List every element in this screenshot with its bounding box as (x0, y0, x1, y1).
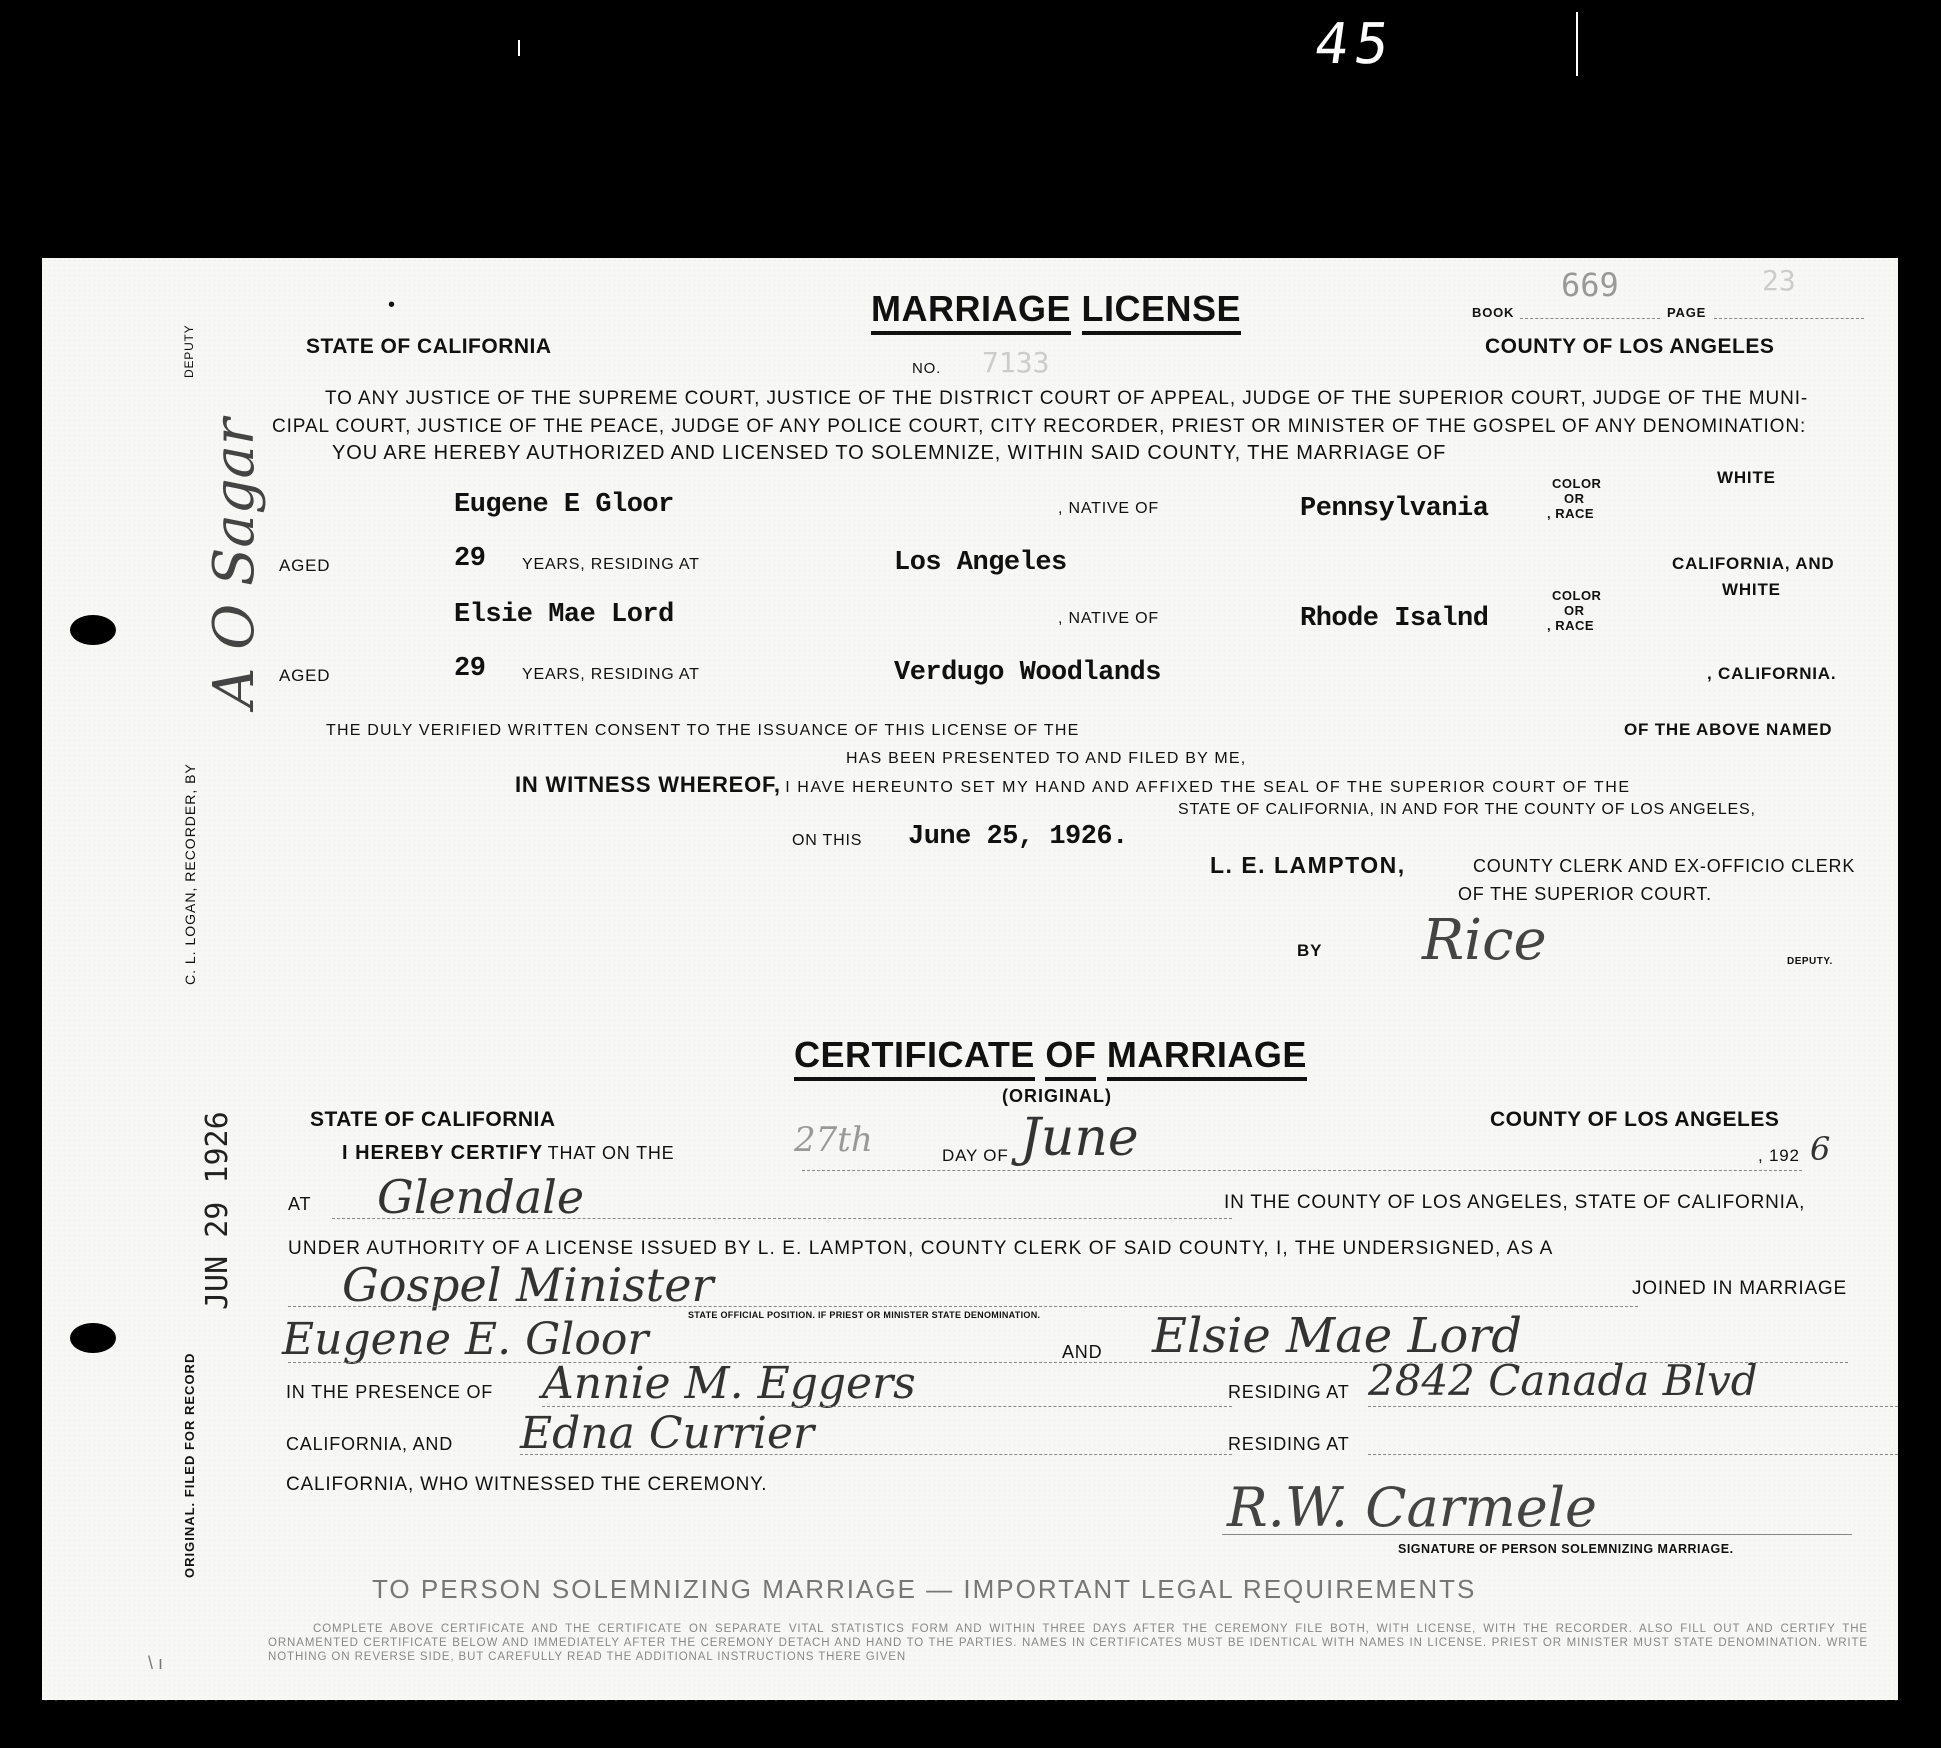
license-state: STATE OF CALIFORNIA (306, 335, 552, 359)
license-title-word: LICENSE (1082, 288, 1242, 335)
bride-aged-label: AGED (279, 666, 330, 686)
clerk-title-2: OF THE SUPERIOR COURT. (1458, 884, 1712, 905)
recorder-label: C. L. LOGAN, RECORDER, BY (182, 763, 198, 985)
official-position: Gospel Minister (342, 1258, 714, 1312)
witness-2-name: Edna Currier (520, 1408, 814, 1459)
punch-hole (70, 615, 116, 645)
certificate-title-word: MARRIAGE (1107, 1034, 1307, 1081)
license-county: COUNTY OF LOS ANGELES (1485, 335, 1774, 359)
filed-for-record-label: ORIGINAL. FILED FOR RECORD (182, 1353, 197, 1578)
punch-hole (70, 1323, 116, 1353)
book-label: BOOK (1472, 305, 1514, 320)
place-line (332, 1218, 1232, 1219)
certify-line: I HEREBY CERTIFY THAT ON THE (342, 1142, 674, 1165)
bride-color: WHITE (1722, 580, 1781, 600)
ceremony-day: 27th (794, 1120, 873, 1160)
groom-native-label: , NATIVE OF (1058, 500, 1159, 518)
certificate-subtitle: (ORIGINAL) (1002, 1086, 1112, 1107)
groom-age: 29 (454, 544, 485, 574)
bride-color-label-3: , RACE (1547, 618, 1594, 633)
marriage-license-document: C. L. LOGAN, RECORDER, BY A O Sagar DEPU… (42, 258, 1898, 1700)
clerk-name: L. E. LAMPTON, (1210, 852, 1406, 879)
year-prefix: , 192 (1758, 1146, 1800, 1166)
position-line (288, 1306, 1638, 1307)
day-of-label: DAY OF (942, 1146, 1009, 1166)
bride-color-label-2: OR (1564, 603, 1585, 618)
groom-color-label-2: OR (1564, 491, 1585, 506)
consent-line-2: HAS BEEN PRESENTED TO AND FILED BY ME, (846, 750, 1246, 768)
groom-name: Eugene E Gloor (454, 490, 674, 520)
closing-line: CALIFORNIA, WHO WITNESSED THE CEREMONY. (286, 1474, 767, 1496)
groom-native-of: Pennsylvania (1300, 494, 1488, 524)
groom-color-label-3: , RACE (1547, 506, 1594, 521)
bride-residence: Verdugo Woodlands (894, 658, 1161, 688)
date-line (802, 1170, 1802, 1171)
witness-2-address-line (1368, 1454, 1898, 1455)
page-label: PAGE (1667, 305, 1706, 320)
certificate-title-word: CERTIFICATE (794, 1034, 1035, 1081)
presence-label: IN THE PRESENCE OF (286, 1382, 493, 1403)
license-title: MARRIAGE LICENSE (871, 288, 1241, 330)
groom-aged-label: AGED (279, 556, 330, 576)
requirements-title: TO PERSON SOLEMNIZING MARRIAGE — IMPORTA… (372, 1574, 1476, 1605)
witness-1-residing-label: RESIDING AT (1228, 1382, 1350, 1403)
margin-deputy-label: DEPUTY (182, 325, 196, 378)
witness-whereof-rest: I HAVE HEREUNTO SET MY HAND AND AFFIXED … (785, 779, 1630, 796)
officiant-signature: R.W. Carmele (1227, 1476, 1597, 1539)
witness-2-line (520, 1454, 1232, 1455)
ceremony-place: Glendale (377, 1170, 584, 1224)
bride-age: 29 (454, 654, 485, 684)
license-no-value: 7133 (982, 346, 1049, 379)
certify-rest: THAT ON THE (548, 1143, 675, 1163)
frame-tick (1576, 12, 1578, 76)
certificate-county: COUNTY OF LOS ANGELES (1490, 1108, 1779, 1132)
bride-state-suffix: , CALIFORNIA. (1707, 664, 1836, 684)
deputy-signature: Rice (1422, 908, 1547, 973)
and-label: AND (1062, 1342, 1102, 1363)
authority-line: UNDER AUTHORITY OF A LICENSE ISSUED BY L… (288, 1238, 1553, 1260)
book-value: 669 (1561, 266, 1619, 304)
by-label: BY (1297, 941, 1322, 961)
consent-line-1: THE DULY VERIFIED WRITTEN CONSENT TO THE… (326, 722, 1079, 740)
frame-tick (518, 40, 520, 56)
address-line-3: YOU ARE HEREBY AUTHORIZED AND LICENSED T… (332, 442, 1446, 465)
stray-mark: \ ı (148, 1653, 163, 1674)
certificate-title: CERTIFICATE OF MARRIAGE (794, 1034, 1307, 1076)
certify-bold: I HEREBY CERTIFY (342, 1142, 543, 1164)
witness-1-address: 2842 Canada Blvd (1368, 1356, 1758, 1405)
address-line-1: TO ANY JUSTICE OF THE SUPREME COURT, JUS… (325, 388, 1808, 410)
recorder-text: C. L. LOGAN, RECORDER, BY (182, 763, 198, 985)
place-suffix: IN THE COUNTY OF LOS ANGELES, STATE OF C… (1224, 1192, 1805, 1214)
filed-date-stamp: JUN 29 1926 (200, 1111, 235, 1310)
groom-residence: Los Angeles (894, 548, 1067, 578)
recorder-signature: A O Sagar (202, 418, 267, 708)
year-suffix: 6 (1810, 1130, 1830, 1168)
ceremony-month: June (1020, 1108, 1139, 1168)
bride-native-of: Rhode Isalnd (1300, 604, 1488, 634)
witness-whereof-bold: IN WITNESS WHEREOF, (515, 772, 781, 797)
witness-line-2: STATE OF CALIFORNIA, IN AND FOR THE COUN… (1178, 801, 1756, 819)
license-no-label: NO. (912, 360, 941, 377)
bride-color-label-1: COLOR (1552, 588, 1601, 603)
clerk-title-1: COUNTY CLERK AND EX-OFFICIO CLERK (1473, 856, 1855, 877)
certificate-title-word: OF (1045, 1034, 1096, 1081)
witness-1-name: Annie M. Eggers (542, 1358, 916, 1409)
at-label: AT (288, 1194, 311, 1215)
bride-name: Elsie Mae Lord (454, 600, 674, 630)
bride-native-label: , NATIVE OF (1058, 610, 1159, 628)
witness-2-residing-label: RESIDING AT (1228, 1434, 1350, 1455)
license-date: June 25, 1926. (908, 822, 1128, 852)
groom-color: WHITE (1717, 468, 1776, 488)
deputy-label: DEPUTY. (1787, 956, 1833, 967)
page-line (1714, 318, 1864, 319)
signature-line (1222, 1534, 1852, 1535)
book-line (1520, 318, 1660, 319)
witness-1-line (542, 1406, 1232, 1407)
license-title-word: MARRIAGE (871, 288, 1071, 335)
groom-state-suffix: CALIFORNIA, AND (1672, 554, 1834, 574)
position-hint: STATE OFFICIAL POSITION. IF PRIEST OR MI… (688, 1310, 1040, 1320)
requirements-body: COMPLETE ABOVE CERTIFICATE AND THE CERTI… (268, 1622, 1868, 1664)
on-this-label: ON THIS (792, 832, 862, 850)
witness-1-address-line (1368, 1406, 1898, 1407)
certificate-state: STATE OF CALIFORNIA (310, 1108, 556, 1132)
groom-residing-label: YEARS, RESIDING AT (522, 556, 700, 574)
dot-mark: • (388, 294, 395, 317)
groom-color-label-1: COLOR (1552, 476, 1601, 491)
consent-line-1-end: OF THE ABOVE NAMED (1624, 720, 1832, 740)
witness-whereof: IN WITNESS WHEREOF, I HAVE HEREUNTO SET … (515, 772, 1631, 798)
page-value: 23 (1762, 264, 1796, 297)
signature-label: SIGNATURE OF PERSON SOLEMNIZING MARRIAGE… (1398, 1542, 1734, 1556)
bride-residing-label: YEARS, RESIDING AT (522, 666, 700, 684)
joined-label: JOINED IN MARRIAGE (1632, 1278, 1847, 1300)
frame-number: 45 (1310, 12, 1399, 77)
california-and: CALIFORNIA, AND (286, 1434, 453, 1455)
address-line-2: CIPAL COURT, JUSTICE OF THE PEACE, JUDGE… (272, 416, 1806, 438)
